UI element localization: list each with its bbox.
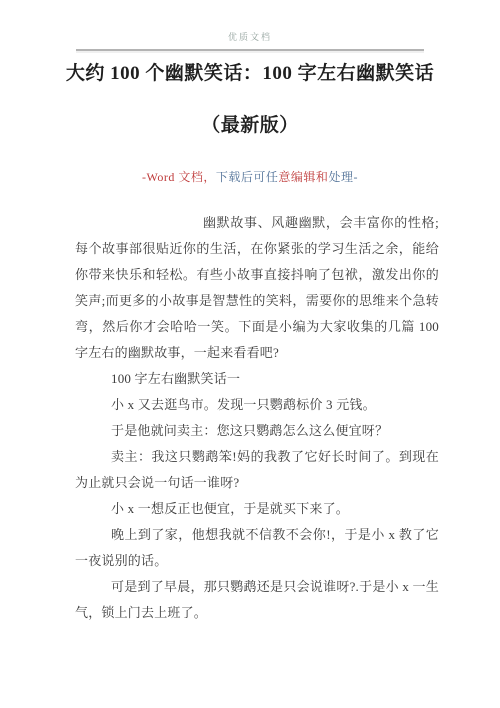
word-note-segment: -Word 文档，: [142, 170, 216, 184]
header-divider: [76, 49, 424, 51]
paragraph: 卖主：我这只鹦鹉笨!妈的我教了它好长时间了。到现在为止就只会说一句话一谁呀?: [75, 444, 439, 496]
paragraph: 小 x 又去逛鸟市。发现一只鹦鹉标价 3 元钱。: [75, 392, 439, 418]
document-title-version: （最新版）: [0, 110, 500, 137]
word-note-line: -Word 文档，下载后可任意编辑和处理-: [0, 168, 500, 185]
paragraph: 晚上到了家，他想我就不信教不会你!，于是小 x 教了它一夜说别的话。: [75, 522, 439, 574]
word-note-segment: 下载后可任: [216, 170, 279, 184]
header-note: 优质文档: [0, 30, 500, 43]
paragraph: 于是他就问卖主：您这只鹦鹉怎么这么便宜呀？: [75, 418, 439, 444]
paragraph-section-heading: 100 字左右幽默笑话一: [75, 366, 439, 392]
paragraph: 可是到了早晨，那只鹦鹉还是只会说谁呀?.于是小 x 一生气，锁上门去上班了。: [75, 574, 439, 626]
word-note-segment: 意编辑和: [278, 170, 328, 184]
document-page: 优质文档 大约 100 个幽默笑话：100 字左右幽默笑话 （最新版） -Wor…: [0, 0, 500, 708]
document-title: 大约 100 个幽默笑话：100 字左右幽默笑话: [0, 58, 500, 85]
paragraph: 小 x 一想反正也便宜，于是就买下来了。: [75, 496, 439, 522]
paragraph-intro: 幽默故事、风趣幽默，会丰富你的性格;每个故事部很贴近你的生活，在你紧张的学习生活…: [75, 210, 439, 366]
word-note-segment: 处理-: [328, 170, 358, 184]
document-body: 幽默故事、风趣幽默，会丰富你的性格;每个故事部很贴近你的生活，在你紧张的学习生活…: [75, 210, 439, 626]
